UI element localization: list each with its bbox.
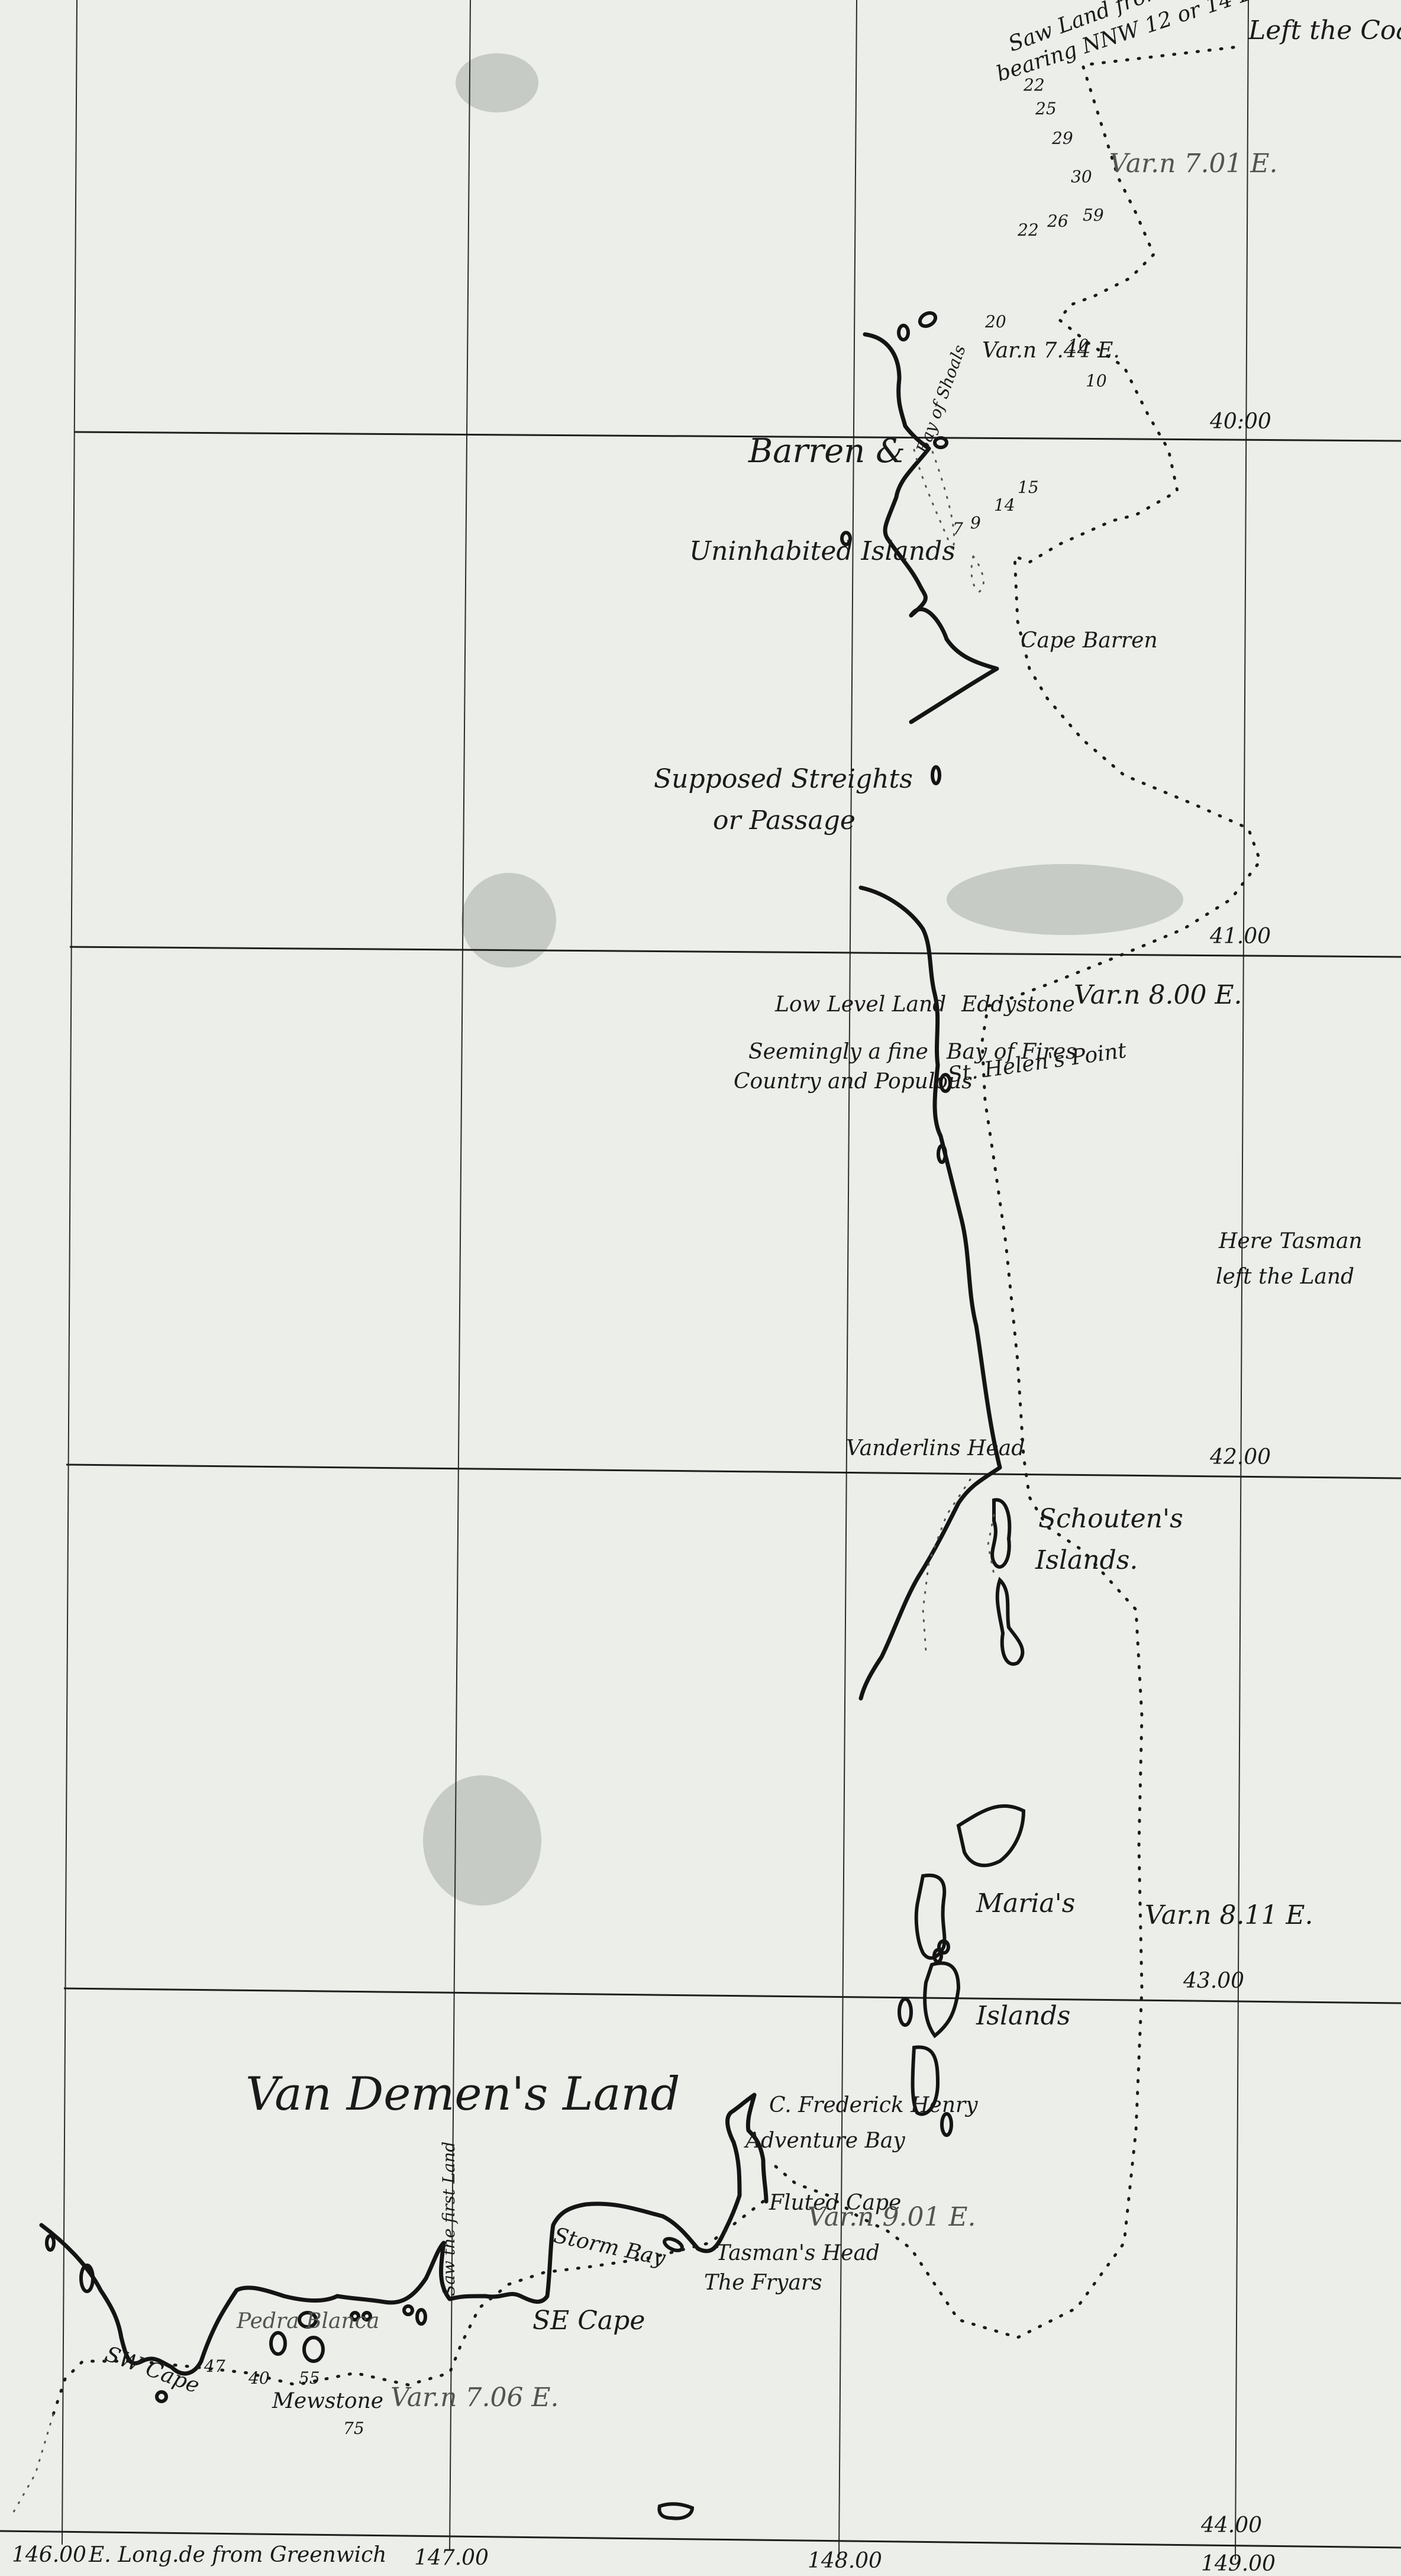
- map-title: Van Demen's Land: [246, 2071, 680, 2117]
- sounding-9: 9: [970, 515, 981, 531]
- label-uninhabited-islands: Uninhabited Islands: [689, 539, 955, 565]
- sounding-20: 20: [985, 314, 1006, 330]
- label-pedra-blanca: Pedra Blanca: [237, 2311, 379, 2332]
- sounding-30: 30: [1071, 169, 1092, 185]
- sounding-10b: 10: [1086, 373, 1107, 389]
- lat-tick-40: 40:00: [1210, 411, 1271, 433]
- label-vanderlins-head: Vanderlins Head: [846, 1438, 1025, 1459]
- label-c-frederick-henry: C. Frederick Henry: [769, 2095, 978, 2116]
- label-schoutens-islands: Islands.: [1035, 1547, 1138, 1574]
- label-marias-islands: Islands: [976, 2003, 1070, 2029]
- lon-tick-148: 148.00: [808, 2551, 882, 2572]
- sounding-55: 55: [299, 2370, 320, 2387]
- label-variation-marias: Var.n 8.11 E.: [1145, 1903, 1313, 1929]
- sounding-22b: 22: [1018, 222, 1039, 238]
- paper-background: [0, 0, 1401, 2576]
- label-tasman-left-land: left the Land: [1216, 1266, 1354, 1288]
- sounding-25: 25: [1035, 101, 1057, 117]
- label-low-level-land: Low Level Land: [775, 994, 946, 1015]
- label-left-the-coast: Left the Coast: [1248, 18, 1401, 44]
- lon-tick-147: 147.00: [414, 2548, 489, 2569]
- lat-tick-43: 43.00: [1183, 1971, 1244, 1992]
- sounding-40: 40: [248, 2370, 270, 2387]
- sounding-75: 75: [343, 2420, 364, 2437]
- lat-tick-41: 41.00: [1210, 926, 1271, 947]
- sounding-15: 15: [1018, 479, 1039, 496]
- sounding-26: 26: [1047, 213, 1068, 230]
- label-saw-first-land: Saw the first Land: [441, 2142, 457, 2296]
- label-marias: Maria's: [976, 1891, 1075, 1917]
- lat-tick-42: 42.00: [1210, 1447, 1271, 1468]
- sounding-29: 29: [1052, 130, 1073, 147]
- label-barren-isles: Barren &: [748, 435, 905, 468]
- sounding-14: 14: [994, 497, 1015, 514]
- lon-tick-146: 146.00: [12, 2545, 86, 2566]
- label-eddystone: Eddystone: [961, 994, 1075, 1015]
- label-supposed-straights: Supposed Streights: [654, 766, 913, 792]
- lat-tick-44: 44.00: [1201, 2515, 1262, 2536]
- label-variation-southwest: Var.n 7.06 E.: [390, 2385, 559, 2411]
- label-adventure-bay: Adventure Bay: [745, 2130, 905, 2152]
- sounding-7: 7: [953, 521, 963, 537]
- sounding-47: 47: [204, 2358, 225, 2375]
- lon-tick-149: 149.00: [1201, 2554, 1276, 2575]
- label-se-cape: SE Cape: [532, 2308, 645, 2334]
- label-tasman-here: Here Tasman: [1219, 1231, 1363, 1252]
- sounding-22: 22: [1024, 77, 1045, 94]
- label-variation-bay-of-fires: Var.n 8.00 E.: [1074, 982, 1242, 1008]
- label-schoutens: Schouten's: [1038, 1506, 1183, 1532]
- label-variation-north-2: Var.n 7.44 E.: [982, 340, 1120, 362]
- label-the-fryars: The Fryars: [704, 2272, 822, 2294]
- label-country-populous: Country and Populous: [734, 1071, 973, 1092]
- sounding-10a: 10: [1068, 337, 1089, 354]
- label-variation-fluted-cape: Var.n 9.01 E.: [808, 2204, 976, 2230]
- label-cape-barren: Cape Barren: [1021, 630, 1158, 652]
- label-variation-north-1: Var.n 7.01 E.: [1109, 151, 1278, 177]
- label-seemingly-fine: Seemingly a fine: [748, 1042, 928, 1063]
- lon-axis-label: E. Long.de from Greenwich: [89, 2545, 386, 2566]
- label-mewstone: Mewstone: [272, 2391, 383, 2412]
- chart-canvas: [0, 0, 1401, 2576]
- sounding-59: 59: [1083, 207, 1104, 224]
- label-or-passage: or Passage: [713, 808, 856, 834]
- label-tasmans-head: Tasman's Head: [716, 2243, 880, 2264]
